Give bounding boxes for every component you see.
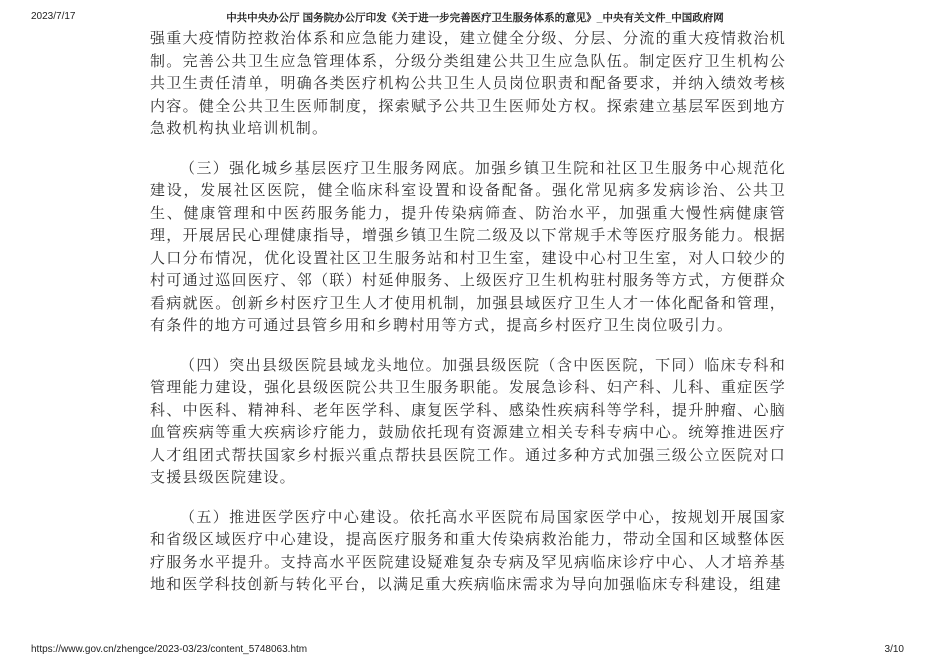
document-body: 强重大疫情防控救治体系和应急能力建设，建立健全分级、分层、分流的重大疫情救治机制… bbox=[150, 27, 786, 613]
paragraph-section-5: （五）推进医学医疗中心建设。依托高水平医院布局国家医学中心，按规划开展国家和省级… bbox=[150, 506, 786, 596]
source-url: https://www.gov.cn/zhengce/2023-03/23/co… bbox=[31, 644, 307, 655]
print-header: 2023/7/17 中共中央办公厅 国务院办公厅印发《关于进一步完善医疗卫生服务… bbox=[0, 10, 950, 26]
page-number-indicator: 3/10 bbox=[885, 644, 904, 655]
paragraph-section-4: （四）突出县级医院县域龙头地位。加强县级医院（含中医医院，下同）临床专科和管理能… bbox=[150, 354, 786, 489]
paragraph-section-3: （三）强化城乡基层医疗卫生服务网底。加强乡镇卫生院和社区卫生服务中心规范化建设，… bbox=[150, 157, 786, 337]
paragraph-continuation: 强重大疫情防控救治体系和应急能力建设，建立健全分级、分层、分流的重大疫情救治机制… bbox=[150, 27, 786, 140]
print-footer: https://www.gov.cn/zhengce/2023-03/23/co… bbox=[0, 644, 950, 658]
print-preview-page: 2023/7/17 中共中央办公厅 国务院办公厅印发《关于进一步完善医疗卫生服务… bbox=[0, 0, 950, 672]
print-page-title: 中共中央办公厅 国务院办公厅印发《关于进一步完善医疗卫生服务体系的意见》_中央有… bbox=[120, 10, 830, 25]
print-date: 2023/7/17 bbox=[31, 11, 76, 22]
